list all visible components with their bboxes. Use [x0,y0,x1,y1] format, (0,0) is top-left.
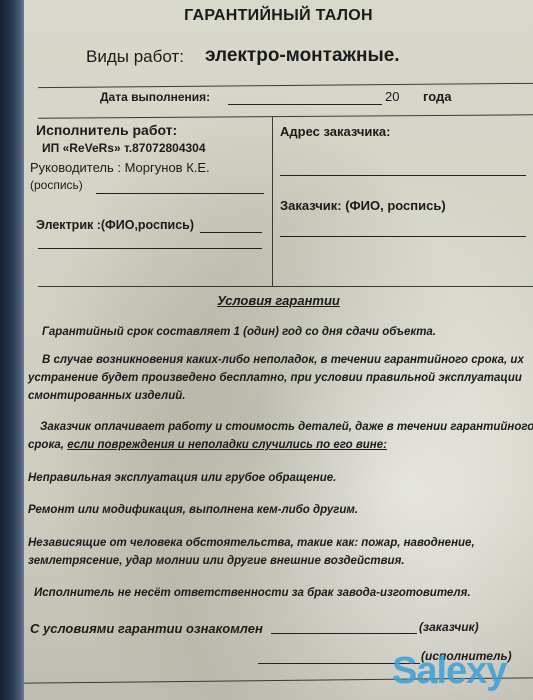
contractor-signature-label: (роспись) [30,178,83,192]
condition-item: смонтированных изделий. [28,390,185,402]
customer-signature-field[interactable] [280,236,526,237]
electrician-signature-field[interactable] [200,232,262,233]
contractor-signature-field[interactable] [96,193,264,194]
customer-address-label: Адрес заказчика: [280,124,390,139]
date-year-prefix: 20 [385,89,399,104]
condition-item: Исполнитель не несёт ответственности за … [34,587,471,599]
condition-item: Неправильная эксплуатация или грубое обр… [28,472,336,484]
table-bottom-border [38,286,533,287]
contractor-company: ИП «ReVeRs» т.87072804304 [42,141,206,155]
work-type-value: электро-монтажные. [205,45,400,67]
condition-item: Ремонт или модификация, выполнена кем-ли… [28,504,358,516]
completion-date-field[interactable] [228,104,382,105]
table-column-divider [272,117,273,286]
condition-item: устранение будет произведено бесплатно, … [28,372,522,384]
divider [38,83,533,88]
condition-emphasis: если повреждения и неполадки случились п… [67,439,387,451]
condition-item: срока, если повреждения и неполадки случ… [28,439,387,451]
contractor-manager: Руководитель : Моргунов К.Е. [30,160,210,175]
customer-address-field[interactable] [280,175,526,176]
customer-ack-signature-field[interactable] [271,633,417,634]
condition-item: Гарантийный срок составляет 1 (один) год… [42,326,436,338]
table-top-border [38,114,533,118]
electrician-label: Электрик :(ФИО,роспись) [36,218,194,232]
condition-item: В случае возникновения каких-либо непола… [42,354,524,366]
contractor-heading: Исполнитель работ: [36,122,177,138]
customer-name-label: Заказчик: (ФИО, роспись) [280,198,446,213]
salexy-watermark: Salexy [392,650,506,693]
acknowledgement-text: С условиями гарантии ознакомлен [30,621,263,636]
condition-item: землетрясение, удар молнии или другие вн… [28,555,405,567]
warranty-card: ГАРАНТИЙНЫЙ ТАЛОН Виды работ: электро-мо… [24,0,533,700]
condition-item: Заказчик оплачивает работу и стоимость д… [40,421,533,433]
notebook-binding [0,0,24,700]
document-title: ГАРАНТИЙНЫЙ ТАЛОН [24,7,533,25]
customer-role-label: (заказчик) [419,620,479,634]
work-type-label: Виды работ: [86,47,184,67]
condition-item: Независящие от человека обстоятельства, … [28,537,475,549]
electrician-name-field[interactable] [38,248,262,249]
conditions-title: Условия гарантии [24,293,533,308]
date-suffix: года [423,89,452,104]
completion-date-label: Дата выполнения: [100,90,210,104]
